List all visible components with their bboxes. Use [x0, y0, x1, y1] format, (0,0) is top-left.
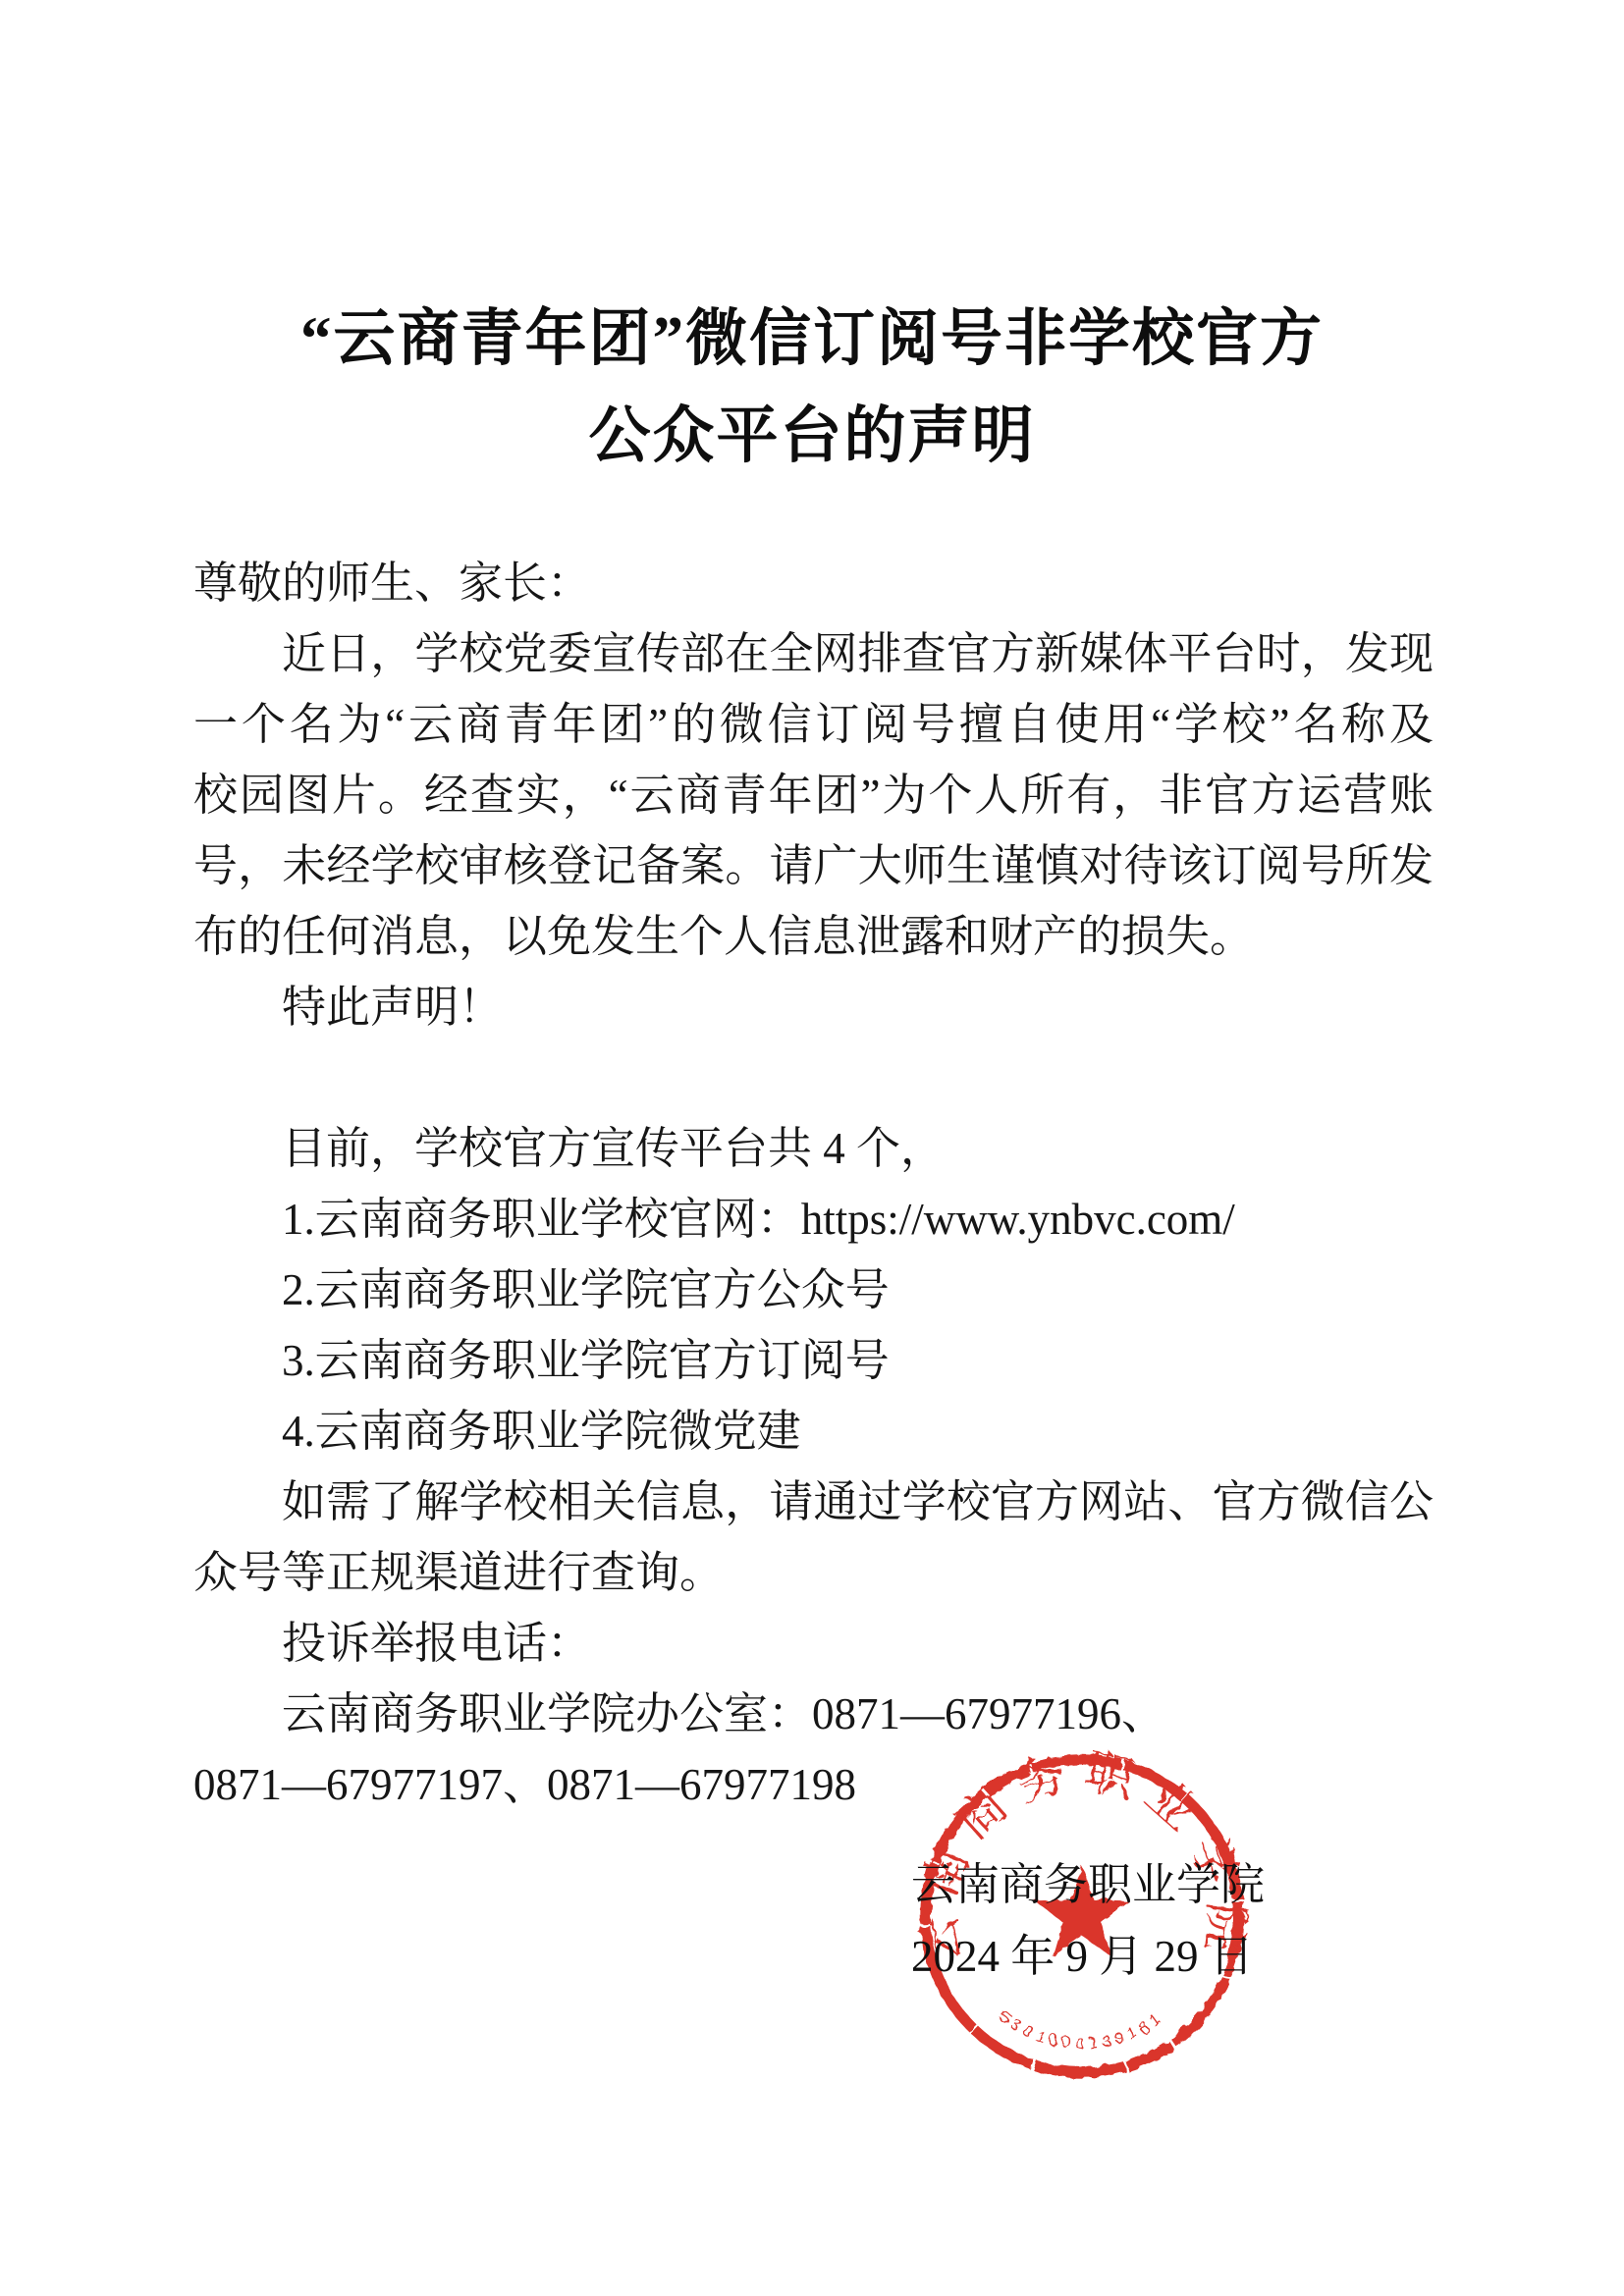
body-line: 如需了解学校相关信息，请通过学校官方网站、官方微信公: [193, 1467, 1434, 1537]
title-line-2: 公众平台的声明: [0, 388, 1624, 485]
signature-block: 云南商务职业学院 2024 年 9 月 29 日: [911, 1849, 1304, 1993]
title-line-1: “云商青年团”微信订阅号非学校官方: [0, 291, 1624, 388]
body-line: 一个名为“云商青年团”的微信订阅号擅自使用“学校”名称及: [193, 689, 1434, 760]
signature-org: 云南商务职业学院: [911, 1849, 1304, 1921]
document-page: “云商青年团”微信订阅号非学校官方 公众平台的声明 尊敬的师生、家长： 近日，学…: [0, 0, 1624, 2296]
body-line: 特此声明！: [193, 972, 1434, 1042]
body-line: 校园图片。经查实，“云商青年团”为个人所有，非官方运营账: [193, 760, 1434, 830]
complaint-hotline-label: 投诉举报电话：: [193, 1608, 1434, 1679]
document-title: “云商青年团”微信订阅号非学校官方 公众平台的声明: [0, 291, 1624, 485]
body-line: 众号等正规渠道进行查询。: [193, 1537, 1434, 1608]
phone-line-1: 云南商务职业学院办公室：0871—67977196、: [193, 1679, 1434, 1749]
signature-date: 2024 年 9 月 29 日: [911, 1921, 1304, 1993]
platform-list-item-2: 2.云南商务职业学院官方公众号: [193, 1255, 1434, 1325]
document-body: 尊敬的师生、家长： 近日，学校党委宣传部在全网排查官方新媒体平台时，发现 一个名…: [193, 548, 1434, 1820]
platform-list-item-1: 1.云南商务职业学校官网：https://www.ynbvc.com/: [193, 1184, 1434, 1255]
seal-code: 5301000139181: [996, 2007, 1167, 2053]
platform-list-item-3: 3.云南商务职业学院官方订阅号: [193, 1325, 1434, 1396]
body-line: 号，未经学校审核登记备案。请广大师生谨慎对待该订阅号所发: [193, 830, 1434, 901]
body-line: 目前，学校官方宣传平台共 4 个，: [193, 1113, 1434, 1184]
platform-list-item-4: 4.云南商务职业学院微党建: [193, 1396, 1434, 1467]
salutation-line: 尊敬的师生、家长：: [193, 548, 1434, 618]
body-line: 近日，学校党委宣传部在全网排查官方新媒体平台时，发现: [193, 618, 1434, 689]
body-line: 布的任何消息，以免发生个人信息泄露和财产的损失。: [193, 901, 1434, 972]
